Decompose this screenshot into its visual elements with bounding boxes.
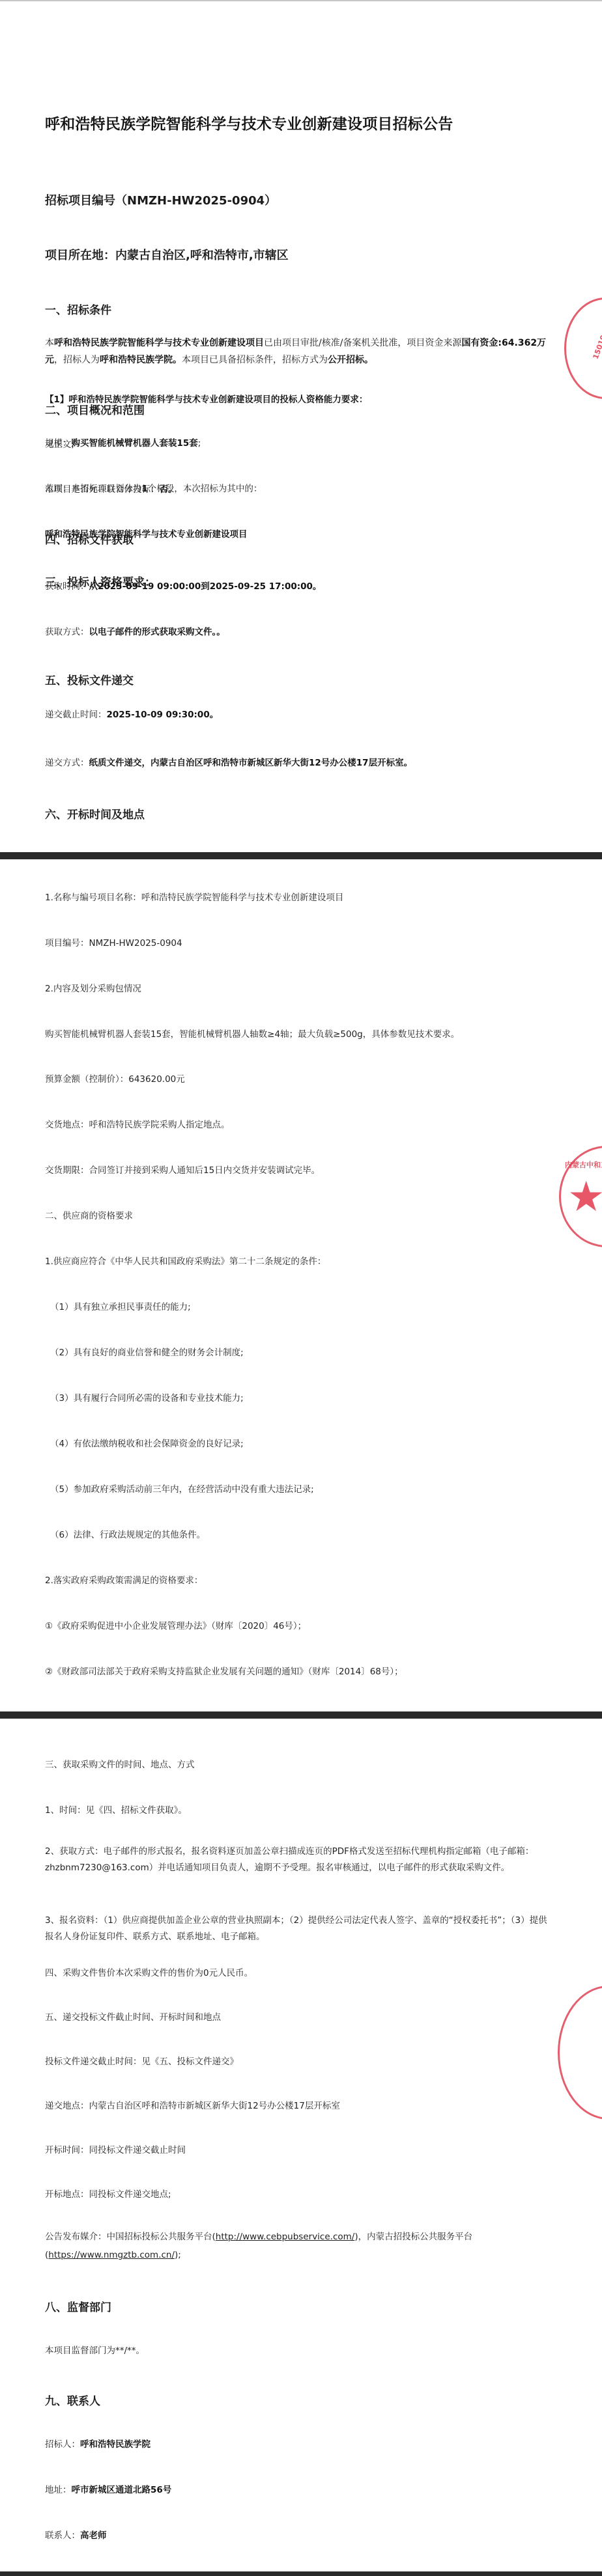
project-number-line: 项目编号：NMZH-HW2025-0904 bbox=[45, 936, 563, 951]
company-seal-partial: 1501040072873 bbox=[564, 298, 602, 399]
tenderer-address: 地址：呼市新城区通道北路56号 bbox=[45, 2483, 563, 2498]
seal-name: 内蒙古中和工程项目管理有限公司 bbox=[565, 1159, 602, 1170]
label: 联系人： bbox=[45, 2530, 80, 2541]
project-name-line: 1.名称与编号项目名称：呼和浩特民族学院智能科学与技术专业创新建设项目 bbox=[45, 891, 563, 906]
label: 地址： bbox=[45, 2485, 72, 2495]
text: 公告发布媒介：中国招标投标公共服务平台( bbox=[45, 2232, 216, 2242]
value: 以电子邮件的形式获取采购文件。。 bbox=[89, 627, 225, 637]
req1-item: （5）参加政府采购活动前三年内，在经营活动中没有重大违法记录; bbox=[45, 1482, 563, 1497]
opening-time: 开标时间：同投标文件递交截止时间 bbox=[45, 2143, 563, 2158]
location-label: 项目所在地： bbox=[45, 249, 115, 262]
tenderer-line: 招标人：呼和浩特民族学院 bbox=[45, 2437, 563, 2452]
page-separator bbox=[0, 2571, 602, 2576]
document-title: 呼和浩特民族学院智能科学与技术专业创新建设项目招标公告 bbox=[45, 112, 563, 133]
section-heading-bid-submission: 五、投标文件递交 bbox=[45, 671, 563, 687]
tenderer-contact: 联系人：高老师 bbox=[45, 2528, 563, 2543]
label: 招标人： bbox=[45, 2439, 80, 2450]
content-heading: 2.内容及划分采购包情况 bbox=[45, 982, 563, 997]
supplier-qualification-heading: 二、供应商的资格要求 bbox=[45, 1209, 563, 1224]
content-line: 购买智能机械臂机器人套装15套，智能机械臂机器人轴数≥4轴；最大负载≥500g，… bbox=[45, 1027, 563, 1042]
req2-item: ②《财政部司法部关于政府采购支持监狱企业发展有关问题的通知》（财库〔2014〕6… bbox=[45, 1665, 563, 1680]
text: 已由项目审批/核准/备案机关批准，项目资金来源 bbox=[264, 338, 461, 348]
value: 2025-10-09 09:30:00。 bbox=[107, 710, 219, 720]
registration-materials: 3、报名资料：（1）供应商提供加盖企业公章的营业执照副本；（2）提供经公司法定代… bbox=[45, 1913, 552, 1945]
deadline-line: 投标文件递交截止时间：见《五、投标文件递交》 bbox=[45, 2055, 563, 2070]
acquisition-method-paragraph: 2、获取方式：电子邮件的形式报名，报名资料逐页加盖公章扫描成连页的PDF格式发送… bbox=[45, 1844, 552, 1876]
value: 从2025-09-19 09:00:00到2025-09-25 17:00:00… bbox=[89, 581, 322, 592]
address-value: 呼市新城区通道北路56号 bbox=[72, 2485, 172, 2495]
contact-value: 高老师 bbox=[80, 2530, 107, 2541]
company-seal-partial: 内蒙古中和工程项目管理有限公司 ★ bbox=[559, 1146, 602, 1247]
delivery-term: 交货期限：合同签订并接到采购人通知后15日内交货并安装调试完毕。 bbox=[45, 1163, 563, 1178]
section-heading-opening: 六、开标时间及地点 bbox=[45, 805, 563, 822]
seal-code: 1501040072873 bbox=[592, 297, 602, 361]
supervision-heading: 八、监督部门 bbox=[45, 2298, 563, 2314]
delivery-place: 交货地点：呼和浩特民族学院采购人指定地点。 bbox=[45, 1118, 563, 1133]
document-page-1: 呼和浩特民族学院智能科学与技术专业创新建设项目招标公告 招标项目编号（NMZH-… bbox=[0, 0, 602, 852]
page-separator bbox=[0, 1711, 602, 1719]
label: 递交截止时间： bbox=[45, 710, 107, 720]
project-name: 呼和浩特民族学院智能科学与技术专业创新建设项目 bbox=[54, 338, 264, 348]
budget-line: 预算金额（控制价）：643620.00元 bbox=[45, 1072, 563, 1087]
req1-heading: 1.供应商应符合《中华人民共和国政府采购法》第二十二条规定的条件： bbox=[45, 1254, 563, 1269]
label: 获取时间： bbox=[45, 581, 89, 592]
acquisition-method: 获取方式：以电子邮件的形式获取采购文件。。 bbox=[45, 625, 563, 640]
deadline-section-heading: 五、递交投标文件截止时间、开标时间和地点 bbox=[45, 2010, 563, 2025]
req1-item: （6）法律、行政法规规定的其他条件。 bbox=[45, 1528, 563, 1543]
document-price: 四、采购文件售价本次采购文件的售价为0元人民币。 bbox=[45, 1966, 563, 1981]
section-heading-tender-conditions: 一、招标条件 bbox=[45, 301, 563, 317]
label: 获取方式： bbox=[45, 627, 89, 637]
acquisition-section-heading: 三、获取采购文件的时间、地点、方式 bbox=[45, 1758, 563, 1773]
cebpubservice-link[interactable]: http://www.cebpubservice.com/ bbox=[216, 2232, 355, 2242]
req1-item: （4）有依法缴纳税收和社会保障资金的良好记录; bbox=[45, 1437, 563, 1452]
consortium-value: 否。 bbox=[160, 484, 177, 495]
value: 纸质文件递交，内蒙古自治区呼和浩特市新城区新华大街12号办公楼17层开标室。 bbox=[89, 758, 413, 768]
tenderer-value: 呼和浩特民族学院 bbox=[80, 2439, 150, 2450]
document-page-2: 1.名称与编号项目名称：呼和浩特民族学院智能科学与技术专业创新建设项目 项目编号… bbox=[0, 859, 602, 1711]
consortium-line: 本项目是否允许联合体投标：否。 bbox=[45, 482, 563, 497]
project-location: 项目所在地：内蒙古自治区,呼和浩特市,市辖区 bbox=[45, 246, 563, 263]
nmgztb-link[interactable]: https://www.nmgztb.com.cn/ bbox=[48, 2250, 175, 2260]
acquisition-time-line: 1、时间：见《四、招标文件获取》。 bbox=[45, 1803, 563, 1818]
document-page-3: 三、获取采购文件的时间、地点、方式 1、时间：见《四、招标文件获取》。 2、获取… bbox=[0, 1719, 602, 2571]
acquisition-time: 获取时间：从2025-09-19 09:00:00到2025-09-25 17:… bbox=[45, 579, 563, 594]
text: ，招标人为 bbox=[54, 355, 100, 365]
consortium-label: 本项目是否允许联合体投标： bbox=[45, 484, 160, 495]
qualification-requirement: 【1】呼和浩特民族学院智能科学与技术专业创新建设项目的投标人资格能力要求： bbox=[45, 393, 563, 408]
section-heading-doc-acquisition: 四、招标文件获取 bbox=[45, 531, 563, 547]
publication-media: 公告发布媒介：中国招标投标公共服务平台(http://www.cebpubser… bbox=[45, 2228, 550, 2264]
text: 本项目已具备招标条件，招标方式为 bbox=[182, 355, 328, 365]
company-seal-partial bbox=[558, 1986, 602, 2120]
req2-item: ①《政府采购促进中小企业发展管理办法》（财库〔2020〕46号）； bbox=[45, 1619, 563, 1634]
req1-item: （3）具有履行合同所必需的设备和专业技术能力; bbox=[45, 1391, 563, 1406]
tenderer-name: 呼和浩特民族学院。 bbox=[100, 355, 182, 365]
req1-item: （2）具有良好的商业信誉和健全的财务会计制度; bbox=[45, 1346, 563, 1361]
submission-deadline: 递交截止时间：2025-10-09 09:30:00。 bbox=[45, 708, 563, 723]
text: 本 bbox=[45, 338, 54, 348]
submission-method: 递交方式：纸质文件递交，内蒙古自治区呼和浩特市新城区新华大街12号办公楼17层开… bbox=[45, 756, 563, 771]
tender-conditions-paragraph: 本呼和浩特民族学院智能科学与技术专业创新建设项目已由项目审批/核准/备案机关批准… bbox=[45, 335, 563, 368]
req2-heading: 2.落实政府采购政策需满足的资格要求： bbox=[45, 1573, 563, 1588]
text: ); bbox=[175, 2250, 181, 2260]
submission-place: 递交地点：内蒙古自治区呼和浩特市新城区新华大街12号办公楼17层开标室 bbox=[45, 2099, 563, 2114]
project-number: 招标项目编号（NMZH-HW2025-0904） bbox=[45, 191, 563, 208]
supervision-text: 本项目监督部门为**/**。 bbox=[45, 2344, 563, 2359]
req1-item: （1）具有独立承担民事责任的能力; bbox=[45, 1300, 563, 1315]
tender-method: 公开招标。 bbox=[328, 355, 373, 365]
contacts-heading: 九、联系人 bbox=[45, 2392, 563, 2408]
seal-star-icon: ★ bbox=[567, 1176, 602, 1218]
page-separator bbox=[0, 852, 602, 859]
see-main-text: 见正文; bbox=[45, 437, 563, 452]
opening-place: 开标地点：同投标文件递交地点; bbox=[45, 2187, 563, 2202]
label: 递交方式： bbox=[45, 758, 89, 768]
location-value: 内蒙古自治区,呼和浩特市,市辖区 bbox=[115, 249, 289, 262]
